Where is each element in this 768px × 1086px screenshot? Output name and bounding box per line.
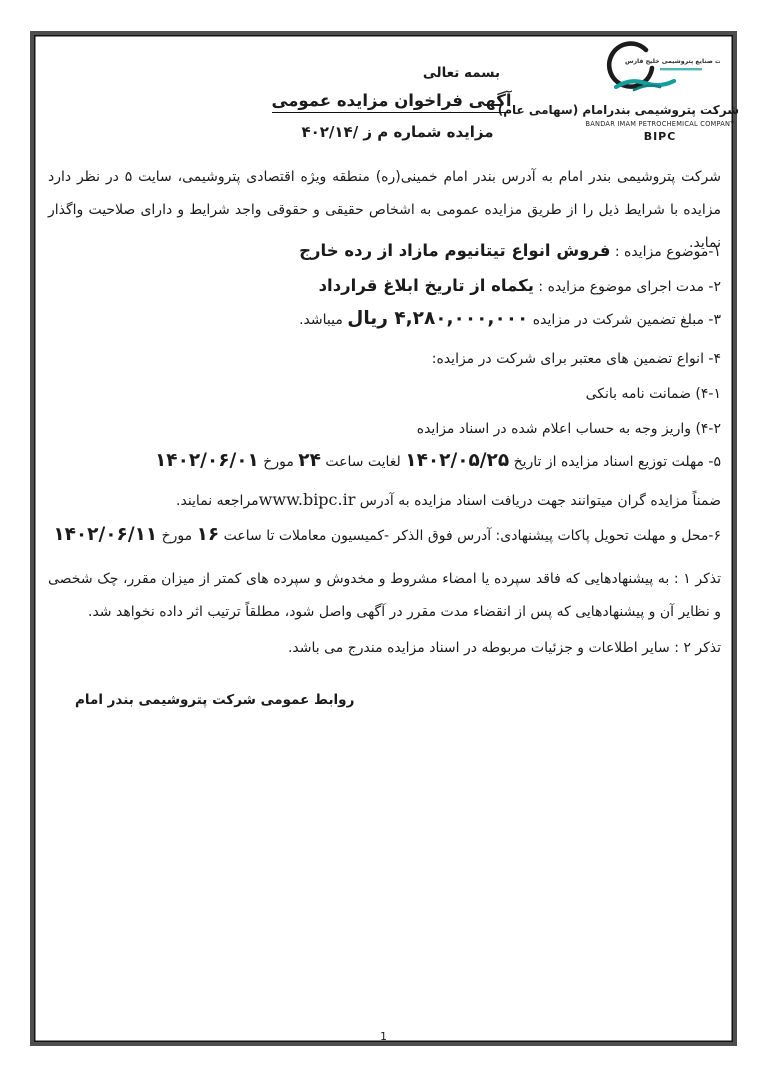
item-4-guarantee-types: ۴- انواع تضمین های معتبر برای شرکت در مز… [48, 346, 721, 372]
item-5-website-note: ضمناً مزایده گران میتوانند جهت دریافت اس… [48, 487, 721, 514]
distribution-end-date: ۱۴۰۲/۰۶/۰۱ [155, 450, 259, 471]
signature-public-relations: روابط عمومی شرکت پتروشیمی بندر امام [75, 692, 354, 708]
item-6-submission-deadline: ۶-محل و مهلت تحویل پاکات پیشنهادی: آدرس … [48, 522, 721, 549]
note-2: تذکر ۲ : سایر اطلاعات و جزئیات مربوطه در… [48, 635, 721, 661]
page-number: 1 [34, 1030, 733, 1043]
company-website-url: www.bipc.ir [259, 490, 356, 509]
item-1-subject: ۱-موضوع مزایده : فروش انواع تیتانیوم ماز… [48, 238, 721, 265]
document-title: آگهی فراخوان مزایده عمومی [42, 91, 741, 110]
distribution-end-hour: ۲۴ [298, 450, 321, 471]
item-2-duration: ۲- مدت اجرای موضوع مزایده : یکماه از تار… [48, 273, 721, 300]
note-1: تذکر ۱ : به پیشنهادهایی که فاقد سپرده یا… [48, 563, 721, 629]
guarantee-amount-value: ۴,۲۸۰,۰۰۰,۰۰۰ ریال [347, 308, 528, 329]
page-border-frame: شرکت صنایع پتروشیمی خلیج فارس شرکت پتروش… [30, 31, 737, 1046]
item-4-1-bank-guarantee: ۴-۱) ضمانت نامه بانکی [48, 381, 721, 407]
submission-date: ۱۴۰۲/۰۶/۱۱ [53, 524, 157, 545]
auction-reference-number: مزایده شماره م ز /۴۰۲/۱۴ [48, 123, 747, 141]
document-page: { "logo": { "mark_text": "شرکت صنایع پتر… [0, 0, 768, 1086]
item-2-duration-value: یکماه از تاریخ ابلاغ قرارداد [319, 276, 534, 295]
logo-mark-text: شرکت صنایع پتروشیمی خلیج فارس [625, 58, 720, 65]
bismillah-line: بسمه تعالی [112, 65, 768, 81]
submission-hour: ۱۶ [197, 524, 220, 545]
item-4-2-deposit: ۴-۲) واریز وجه به حساب اعلام شده در اسنا… [48, 416, 721, 442]
item-1-subject-value: فروش انواع تیتانیوم مازاد از رده خارج [299, 241, 610, 260]
distribution-start-date: ۱۴۰۲/۰۵/۲۵ [405, 450, 509, 471]
item-5-document-distribution-deadline: ۵- مهلت توزیع اسناد مزایده از تاریخ ۱۴۰۲… [48, 448, 721, 475]
item-3-guarantee-amount: ۳- مبلغ تضمین شرکت در مزایده ۴,۲۸۰,۰۰۰,۰… [48, 306, 721, 333]
